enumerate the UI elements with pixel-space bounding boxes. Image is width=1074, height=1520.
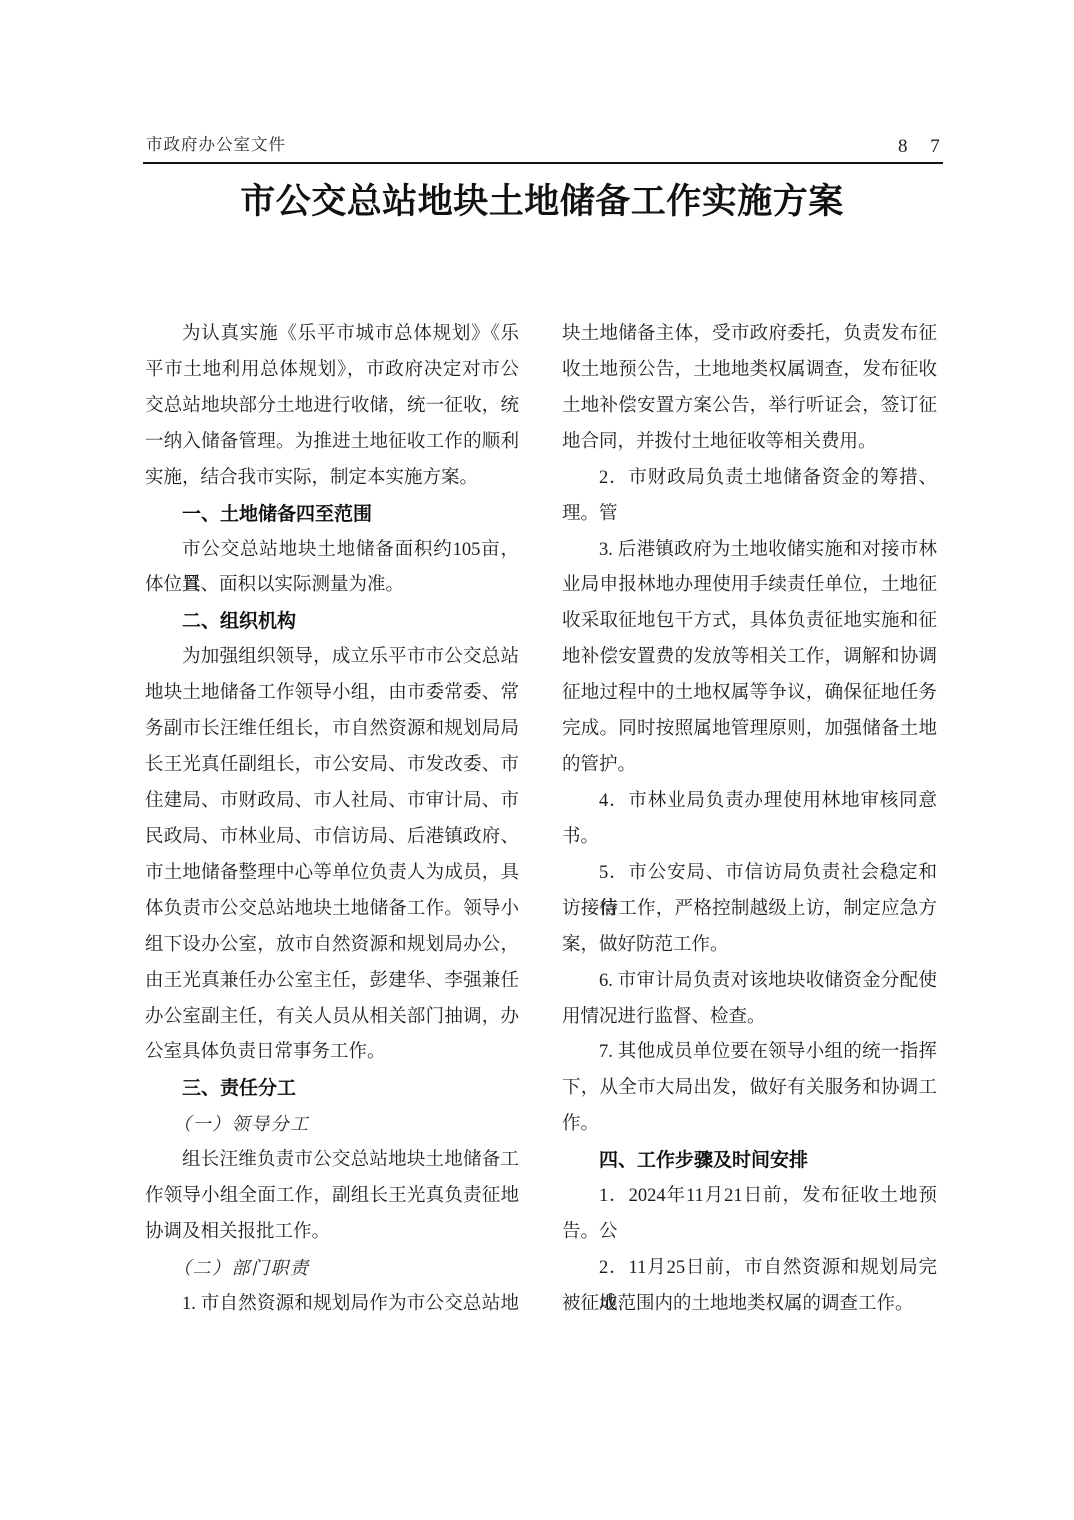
text-line: 实施，结合我市实际，制定本实施方案。 (145, 461, 519, 497)
text-line: 2．11月25日前，市自然资源和规划局完成 (562, 1251, 937, 1287)
text-line: 公室具体负责日常事务工作。 (145, 1035, 519, 1071)
text-line: 作领导小组全面工作，副组长王光真负责征地 (145, 1179, 519, 1215)
text-line: 长王光真任副组长，市公安局、市发改委、市 (145, 748, 519, 784)
text-line: 块土地储备主体，受市政府委托，负责发布征 (562, 317, 937, 353)
text-line: 收土地预公告，土地地类权属调查，发布征收 (562, 353, 937, 389)
text-line: 市公交总站地块土地储备面积约105亩，具 (145, 533, 519, 569)
text-line: 用情况进行监督、检查。 (562, 1000, 937, 1036)
text-line: 一纳入储备管理。为推进土地征收工作的顺利 (145, 425, 519, 461)
header-doc-type-label: 市政府办公室文件 (146, 131, 286, 155)
section-heading: 一、土地储备四至范围 (145, 497, 519, 533)
text-line: 下，从全市大局出发，做好有关服务和协调工 (562, 1071, 937, 1107)
section-heading: 三、责任分工 (145, 1071, 519, 1107)
text-line: 为认真实施《乐平市城市总体规划》《乐 (145, 317, 519, 353)
text-line: 理。 (562, 497, 937, 533)
text-line: （一）领导分工 (145, 1107, 519, 1143)
text-line: 务副市长汪维任组长，市自然资源和规划局局 (145, 712, 519, 748)
text-line: 体负责市公交总站地块土地储备工作。领导小 (145, 892, 519, 928)
text-line: 协调及相关报批工作。 (145, 1215, 519, 1251)
text-line: 征地过程中的土地权属等争议，确保征地任务 (562, 676, 937, 712)
text-line: 1．2024年11月21日前，发布征收土地预公 (562, 1179, 937, 1215)
text-line: 住建局、市财政局、市人社局、市审计局、市 (145, 784, 519, 820)
page-number: 8 7 (898, 136, 949, 158)
text-line: 业局申报林地办理使用手续责任单位，土地征 (562, 568, 937, 604)
text-line: 地补偿安置费的发放等相关工作，调解和协调 (562, 640, 937, 676)
text-line: 被征地范围内的土地地类权属的调查工作。 (562, 1287, 937, 1323)
text-column-right: 块土地储备主体，受市政府委托，负责发布征收土地预公告，土地地类权属调查，发布征收… (562, 317, 937, 1323)
text-line: 告。 (562, 1215, 937, 1251)
text-line: 4．市林业局负责办理使用林地审核同意 (562, 784, 937, 820)
text-line: 的管护。 (562, 748, 937, 784)
text-column-left: 为认真实施《乐平市城市总体规划》《乐平市土地利用总体规划》，市政府决定对市公交总… (145, 317, 519, 1323)
text-line: 交总站地块部分土地进行收储，统一征收，统 (145, 389, 519, 425)
text-line: 地合同，并拨付土地征收等相关费用。 (562, 425, 937, 461)
section-heading: 二、组织机构 (145, 604, 519, 640)
text-line: 收采取征地包干方式，具体负责征地实施和征 (562, 604, 937, 640)
text-line: 作。 (562, 1107, 937, 1143)
section-heading: 四、工作步骤及时间安排 (562, 1143, 937, 1179)
document-title: 市公交总站地块土地储备工作实施方案 (137, 179, 947, 225)
text-line: （二）部门职责 (145, 1251, 519, 1287)
document-page: 市政府办公室文件 8 7 市公交总站地块土地储备工作实施方案 为认真实施《乐平市… (0, 0, 1074, 1520)
text-line: 由王光真兼任办公室主任，彭建华、李强兼任 (145, 964, 519, 1000)
text-line: 6. 市审计局负责对该地块收储资金分配使 (562, 964, 937, 1000)
text-line: 案，做好防范工作。 (562, 928, 937, 964)
text-line: 书。 (562, 820, 937, 856)
text-line: 地块土地储备工作领导小组，由市委常委、常 (145, 676, 519, 712)
text-line: 2．市财政局负责土地储备资金的筹措、管 (562, 461, 937, 497)
text-line: 7. 其他成员单位要在领导小组的统一指挥 (562, 1035, 937, 1071)
text-line: 3. 后港镇政府为土地收储实施和对接市林 (562, 533, 937, 569)
text-line: 1. 市自然资源和规划局作为市公交总站地 (145, 1287, 519, 1323)
text-line: 体位置、面积以实际测量为准。 (145, 568, 519, 604)
text-line: 访接待工作，严格控制越级上访，制定应急方 (562, 892, 937, 928)
text-line: 完成。同时按照属地管理原则，加强储备土地 (562, 712, 937, 748)
header-rule-divider (143, 162, 943, 164)
text-line: 为加强组织领导，成立乐平市市公交总站 (145, 640, 519, 676)
text-line: 组长汪维负责市公交总站地块土地储备工 (145, 1143, 519, 1179)
text-line: 平市土地利用总体规划》，市政府决定对市公 (145, 353, 519, 389)
text-line: 民政局、市林业局、市信访局、后港镇政府、 (145, 820, 519, 856)
text-line: 办公室副主任，有关人员从相关部门抽调，办 (145, 1000, 519, 1036)
text-line: 组下设办公室，放市自然资源和规划局办公， (145, 928, 519, 964)
text-line: 5．市公安局、市信访局负责社会稳定和信 (562, 856, 937, 892)
text-line: 土地补偿安置方案公告，举行听证会，签订征 (562, 389, 937, 425)
text-line: 市土地储备整理中心等单位负责人为成员，具 (145, 856, 519, 892)
